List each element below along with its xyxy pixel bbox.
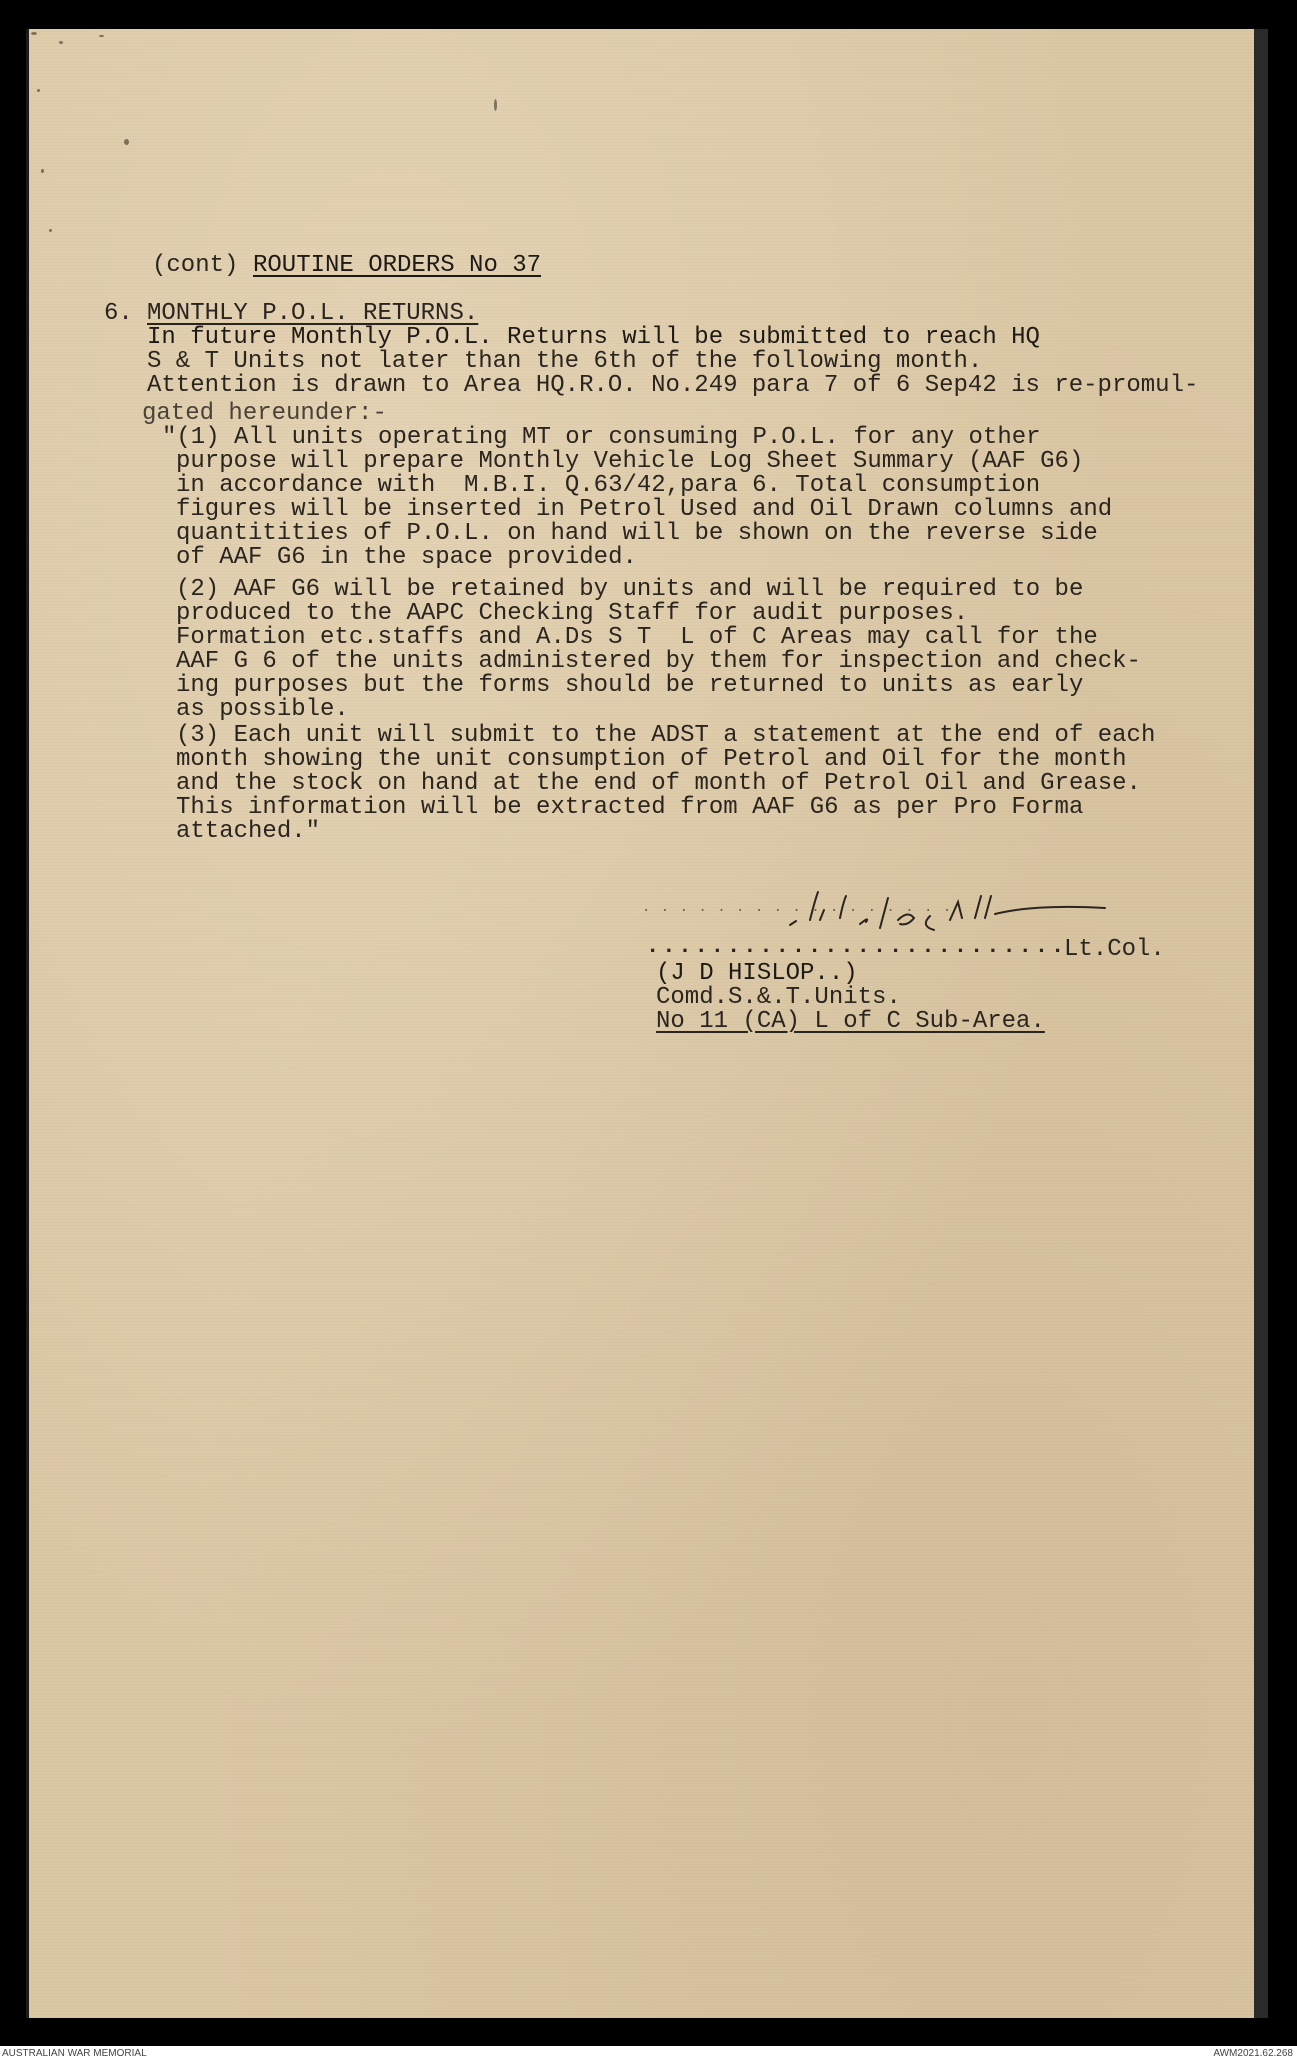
paper-speck [99, 35, 104, 37]
section-line: gated hereunder:- [142, 402, 387, 426]
section-line: as possible. [176, 698, 349, 722]
paper-speck [494, 99, 497, 111]
paper-speck [41, 169, 44, 173]
section-line: Formation etc.staffs and A.Ds S T L of C… [176, 626, 1098, 650]
section-line: figures will be inserted in Petrol Used … [176, 498, 1112, 522]
section-line: purpose will prepare Monthly Vehicle Log… [176, 450, 1083, 474]
paper-speck [124, 139, 129, 145]
heading-title: ROUTINE ORDERS No 37 [253, 254, 541, 278]
paper-speck [59, 41, 63, 44]
section-line: In future Monthly P.O.L. Returns will be… [147, 326, 1040, 350]
footer-institution: AUSTRALIAN WAR MEMORIAL [2, 2048, 147, 2059]
section-line: "(1) All units operating MT or consuming… [162, 426, 1041, 450]
signature-title: Comd.S.&.T.Units. [656, 986, 901, 1010]
section-line: produced to the AAPC Checking Staff for … [176, 602, 968, 626]
signature-rank: Lt.Col. [1064, 938, 1165, 962]
signature-line: .......................... [646, 934, 1067, 959]
signature-unit: No 11 (CA) L of C Sub-Area. [656, 1010, 1045, 1034]
archive-footer: AUSTRALIAN WAR MEMORIAL AWM2021.62.268 [0, 2046, 1297, 2061]
section-title: MONTHLY P.O.L. RETURNS. [147, 302, 478, 326]
paper-speck [31, 32, 37, 35]
section-line: of AAF G6 in the space provided. [176, 546, 637, 570]
paper-speck [49, 229, 52, 232]
section-number: 6. [104, 302, 133, 326]
section-line: (2) AAF G6 will be retained by units and… [176, 578, 1083, 602]
handwritten-signature [780, 890, 1120, 940]
section-line: month showing the unit consumption of Pe… [176, 748, 1127, 772]
section-line: attached." [176, 820, 320, 844]
section-line: AAF G 6 of the units administered by the… [176, 650, 1141, 674]
section-line: S & T Units not later than the 6th of th… [147, 350, 982, 374]
section-line: quantitities of P.O.L. on hand will be s… [176, 522, 1098, 546]
footer-accession-number: AWM2021.62.268 [1213, 2048, 1293, 2059]
section-line: ing purposes but the forms should be ret… [176, 674, 1083, 698]
signature-name: (J D HISLOP..) [656, 962, 858, 986]
paper-speck [37, 89, 40, 92]
section-line: Attention is drawn to Area HQ.R.O. No.24… [147, 374, 1198, 398]
heading-prefix: (cont) [152, 254, 238, 278]
section-line: This information will be extracted from … [176, 796, 1083, 820]
scan-edge-right [1254, 29, 1268, 2018]
section-line: (3) Each unit will submit to the ADST a … [176, 724, 1155, 748]
section-line: in accordance with M.B.I. Q.63/42,para 6… [176, 474, 1040, 498]
section-line: and the stock on hand at the end of mont… [176, 772, 1141, 796]
